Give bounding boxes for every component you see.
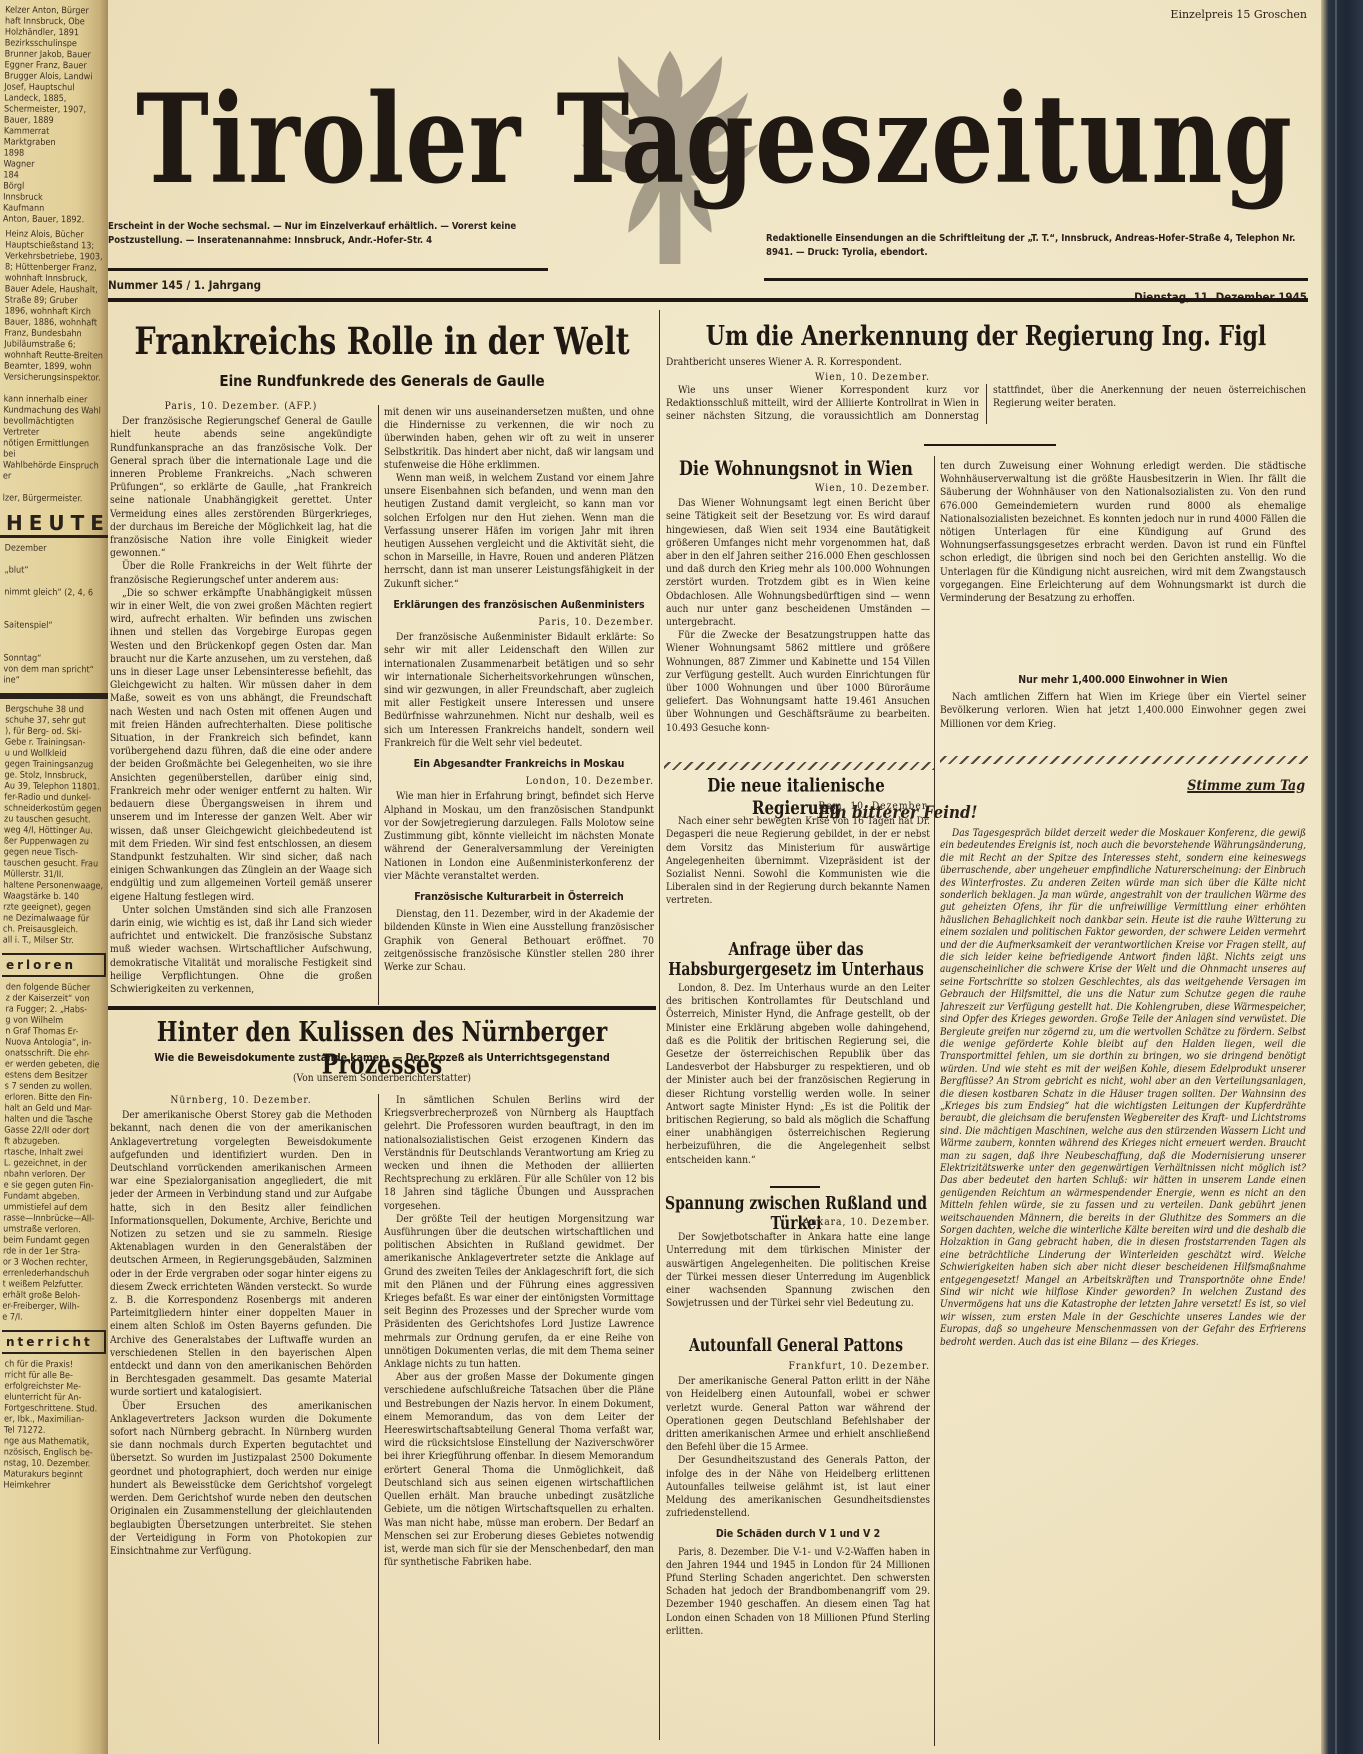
article-figl-body: Wie uns unser Wiener Korrespondent kurz …: [666, 384, 1306, 424]
article-frankreich-col2: mit denen wir uns auseinandersetzen mußt…: [384, 406, 654, 1006]
left-page-classifieds: den folgende Bücher z der Kaiserzeit“ vo…: [0, 982, 108, 1324]
divider: [924, 444, 1056, 446]
dateline: Paris, 10. Dezember.: [384, 616, 654, 629]
newspaper-page: Einzelpreis 15 Groschen Tiroler Tageszei…: [108, 0, 1321, 1754]
article-nuernberg-col2: In sämtlichen Schulen Berlins wird der K…: [384, 1094, 654, 1744]
article-figl-col1: Drahtbericht unseres Wiener A. R. Korres…: [666, 356, 930, 386]
divider: [108, 1006, 656, 1010]
headline-frankreich: Frankreichs Rolle in der Welt: [108, 320, 656, 364]
left-page-verloren-heading: erloren: [2, 953, 106, 977]
paragraph: Aber aus der großen Masse der Dokumente …: [384, 1371, 654, 1569]
article-patton: Frankfurt, 10. Dezember. Der amerikanisc…: [666, 1358, 930, 1638]
paragraph: Nach einer sehr bewegten Krise von 16 Ta…: [666, 815, 930, 907]
rubric-stimme-zum-tag: Stimme zum Tag: [1187, 778, 1305, 794]
article-frankreich-col1: Paris, 10. Dezember. (AFP.) Der französi…: [110, 398, 372, 998]
dateline: Wien, 10. Dezember.: [666, 371, 930, 384]
paragraph: mit denen wir uns auseinandersetzen mußt…: [384, 406, 654, 472]
dateline: Paris, 10. Dezember. (AFP.): [110, 400, 372, 413]
headline-wohnungsnot: Die Wohnungsnot in Wien: [664, 456, 928, 480]
price: Einzelpreis 15 Groschen: [1170, 8, 1307, 21]
editorial-info: Redaktionelle Einsendungen an die Schrif…: [766, 232, 1306, 260]
left-page-text: Kelzer Anton, Bürger haft Innsbruck, Obe…: [0, 5, 108, 226]
divider: [108, 298, 1308, 302]
paragraph: Das Tagesgespräch bildet derzeit weder d…: [940, 828, 1306, 1349]
subheadline-frankreich: Eine Rundfunkrede des Generals de Gaulle: [108, 372, 656, 390]
subheading-einwohner: Nur mehr 1,400.000 Einwohner in Wien: [940, 674, 1306, 687]
byline-text: (Von unserem Sonderberichterstatter): [293, 1073, 471, 1084]
left-page-classifieds: Bergschuhe 38 und schuhe 37, sehr gut ),…: [0, 704, 108, 947]
article-wohnungsnot-col2: ten durch Zuweisung einer Wohnung erledi…: [940, 460, 1306, 665]
column-divider: [659, 310, 660, 1740]
paragraph: Der Sowjetbotschafter in Ankara hatte ei…: [666, 1231, 930, 1310]
article-nuernberg-col1: Nürnberg, 10. Dezember. Der amerikanisch…: [110, 1092, 372, 1742]
divider: [764, 278, 1308, 281]
divider: [0, 693, 108, 699]
divider: [770, 1186, 820, 1188]
left-page-text: Dezember „blut“ nimmt gleich“ (2, 4, 6 S…: [0, 543, 108, 687]
paragraph: Nach amtlichen Ziffern hat Wien im Krieg…: [940, 691, 1306, 731]
left-page-heute-heading: HEUTE!: [0, 511, 108, 538]
paragraph: Über Ersuchen des amerikanischen Anklage…: [110, 1400, 372, 1558]
dateline: Ankara, 10. Dezember.: [666, 1216, 930, 1229]
paragraph: Der amerikanische Oberst Storey gab die …: [110, 1109, 372, 1399]
dateline: London, 10. Dezember.: [384, 775, 654, 788]
divider: [940, 756, 1308, 764]
paragraph: Über die Rolle Frankreichs in der Welt f…: [110, 560, 372, 586]
adjacent-page-edge: Kelzer Anton, Bürger haft Innsbruck, Obe…: [0, 0, 108, 1754]
dateline: Wien, 10. Dezember.: [666, 482, 930, 495]
paragraph: Paris, 8. Dezember. Die V-1- und V-2-Waf…: [666, 1546, 930, 1638]
subheading-v1v2: Die Schäden durch V 1 und V 2: [666, 1528, 930, 1541]
publication-info: Erscheint in der Woche sechsmal. — Nur i…: [108, 220, 548, 248]
headline-habsburg: Anfrage über das Habsburgergesetz im Unt…: [664, 940, 928, 980]
article-habsburg: London, 8. Dez. Im Unterhaus wurde an de…: [666, 982, 930, 1192]
headline-patton: Autounfall General Pattons: [664, 1336, 928, 1356]
paragraph: Der Gesundheitszustand des Generals Patt…: [666, 1454, 930, 1520]
dateline: Frankfurt, 10. Dezember.: [666, 1360, 930, 1373]
newspaper-title: Tiroler Tageszeitung: [108, 68, 1321, 212]
subheading-kulturarbeit: Französische Kulturarbeit in Österreich: [384, 891, 654, 904]
subheadline-nuernberg: Wie die Beweisdokumente zustande kamen. …: [108, 1052, 656, 1064]
subheading-moskau: Ein Abgesandter Frankreichs in Moskau: [384, 758, 654, 771]
paragraph: Wie man hier in Erfahrung bringt, befind…: [384, 790, 654, 882]
column-divider: [934, 456, 935, 1746]
book-binding: [1321, 0, 1363, 1754]
paragraph: Der größte Teil der heutigen Morgensitzu…: [384, 1213, 654, 1371]
left-page-text: Heinz Alois, Bücher Hauptschießstand 13;…: [0, 229, 108, 505]
subheading-aussenminister: Erklärungen des französischen Außenminis…: [384, 599, 654, 612]
column-divider: [378, 1094, 379, 1744]
paragraph: London, 8. Dez. Im Unterhaus wurde an de…: [666, 982, 930, 1167]
paragraph: Für die Zwecke der Besatzungstruppen hat…: [666, 629, 930, 735]
paragraph: Dienstag, den 11. Dezember, wird in der …: [384, 908, 654, 974]
paragraph: Der französische Regierungschef General …: [110, 415, 372, 560]
article-tuerkei: Ankara, 10. Dezember. Der Sowjetbotschaf…: [666, 1214, 930, 1310]
article-stimme: Das Tagesgespräch bildet derzeit weder d…: [940, 828, 1306, 1728]
article-wohnungsnot-col1: Wien, 10. Dezember. Das Wiener Wohnungsa…: [666, 480, 930, 770]
byline: Drahtbericht unseres Wiener A. R. Korres…: [666, 356, 930, 369]
paragraph: Das Wiener Wohnungsamt legt einen Berich…: [666, 497, 930, 629]
dateline: Nürnberg, 10. Dezember.: [110, 1094, 372, 1107]
divider: [664, 762, 934, 770]
paragraph: Der französische Außenminister Bidault e…: [384, 631, 654, 750]
paragraph: Der amerikanische General Patton erlitt …: [666, 1375, 930, 1454]
left-page-unterricht-heading: nterricht: [2, 1330, 106, 1354]
byline: (Von unserem Sonderberichterstatter): [108, 1072, 656, 1085]
headline-figl: Um die Anerkennung der Regierung Ing. Fi…: [664, 320, 1308, 353]
paragraph: In sämtlichen Schulen Berlins wird der K…: [384, 1094, 654, 1213]
article-einwohner: Nur mehr 1,400.000 Einwohner in Wien Nac…: [940, 674, 1306, 731]
paragraph: Wie uns unser Wiener Korrespondent kurz …: [666, 384, 1306, 424]
paragraph: Unter solchen Umständen sind sich alle F…: [110, 904, 372, 996]
column-divider: [378, 405, 379, 1005]
paragraph: „Die so schwer erkämpfte Unabhängigkeit …: [110, 587, 372, 904]
headline-bitterer-feind: Ein bitterer Feind!: [818, 803, 977, 823]
paragraph: ten durch Zuweisung einer Wohnung erledi…: [940, 460, 1306, 605]
paragraph: Wenn man weiß, in welchem Zustand vor ei…: [384, 472, 654, 591]
divider: [108, 268, 548, 271]
left-page-classifieds: ch für die Praxis! rricht für alle Be- e…: [0, 1359, 108, 1492]
issue-number: Nummer 145 / 1. Jahrgang: [108, 278, 261, 292]
